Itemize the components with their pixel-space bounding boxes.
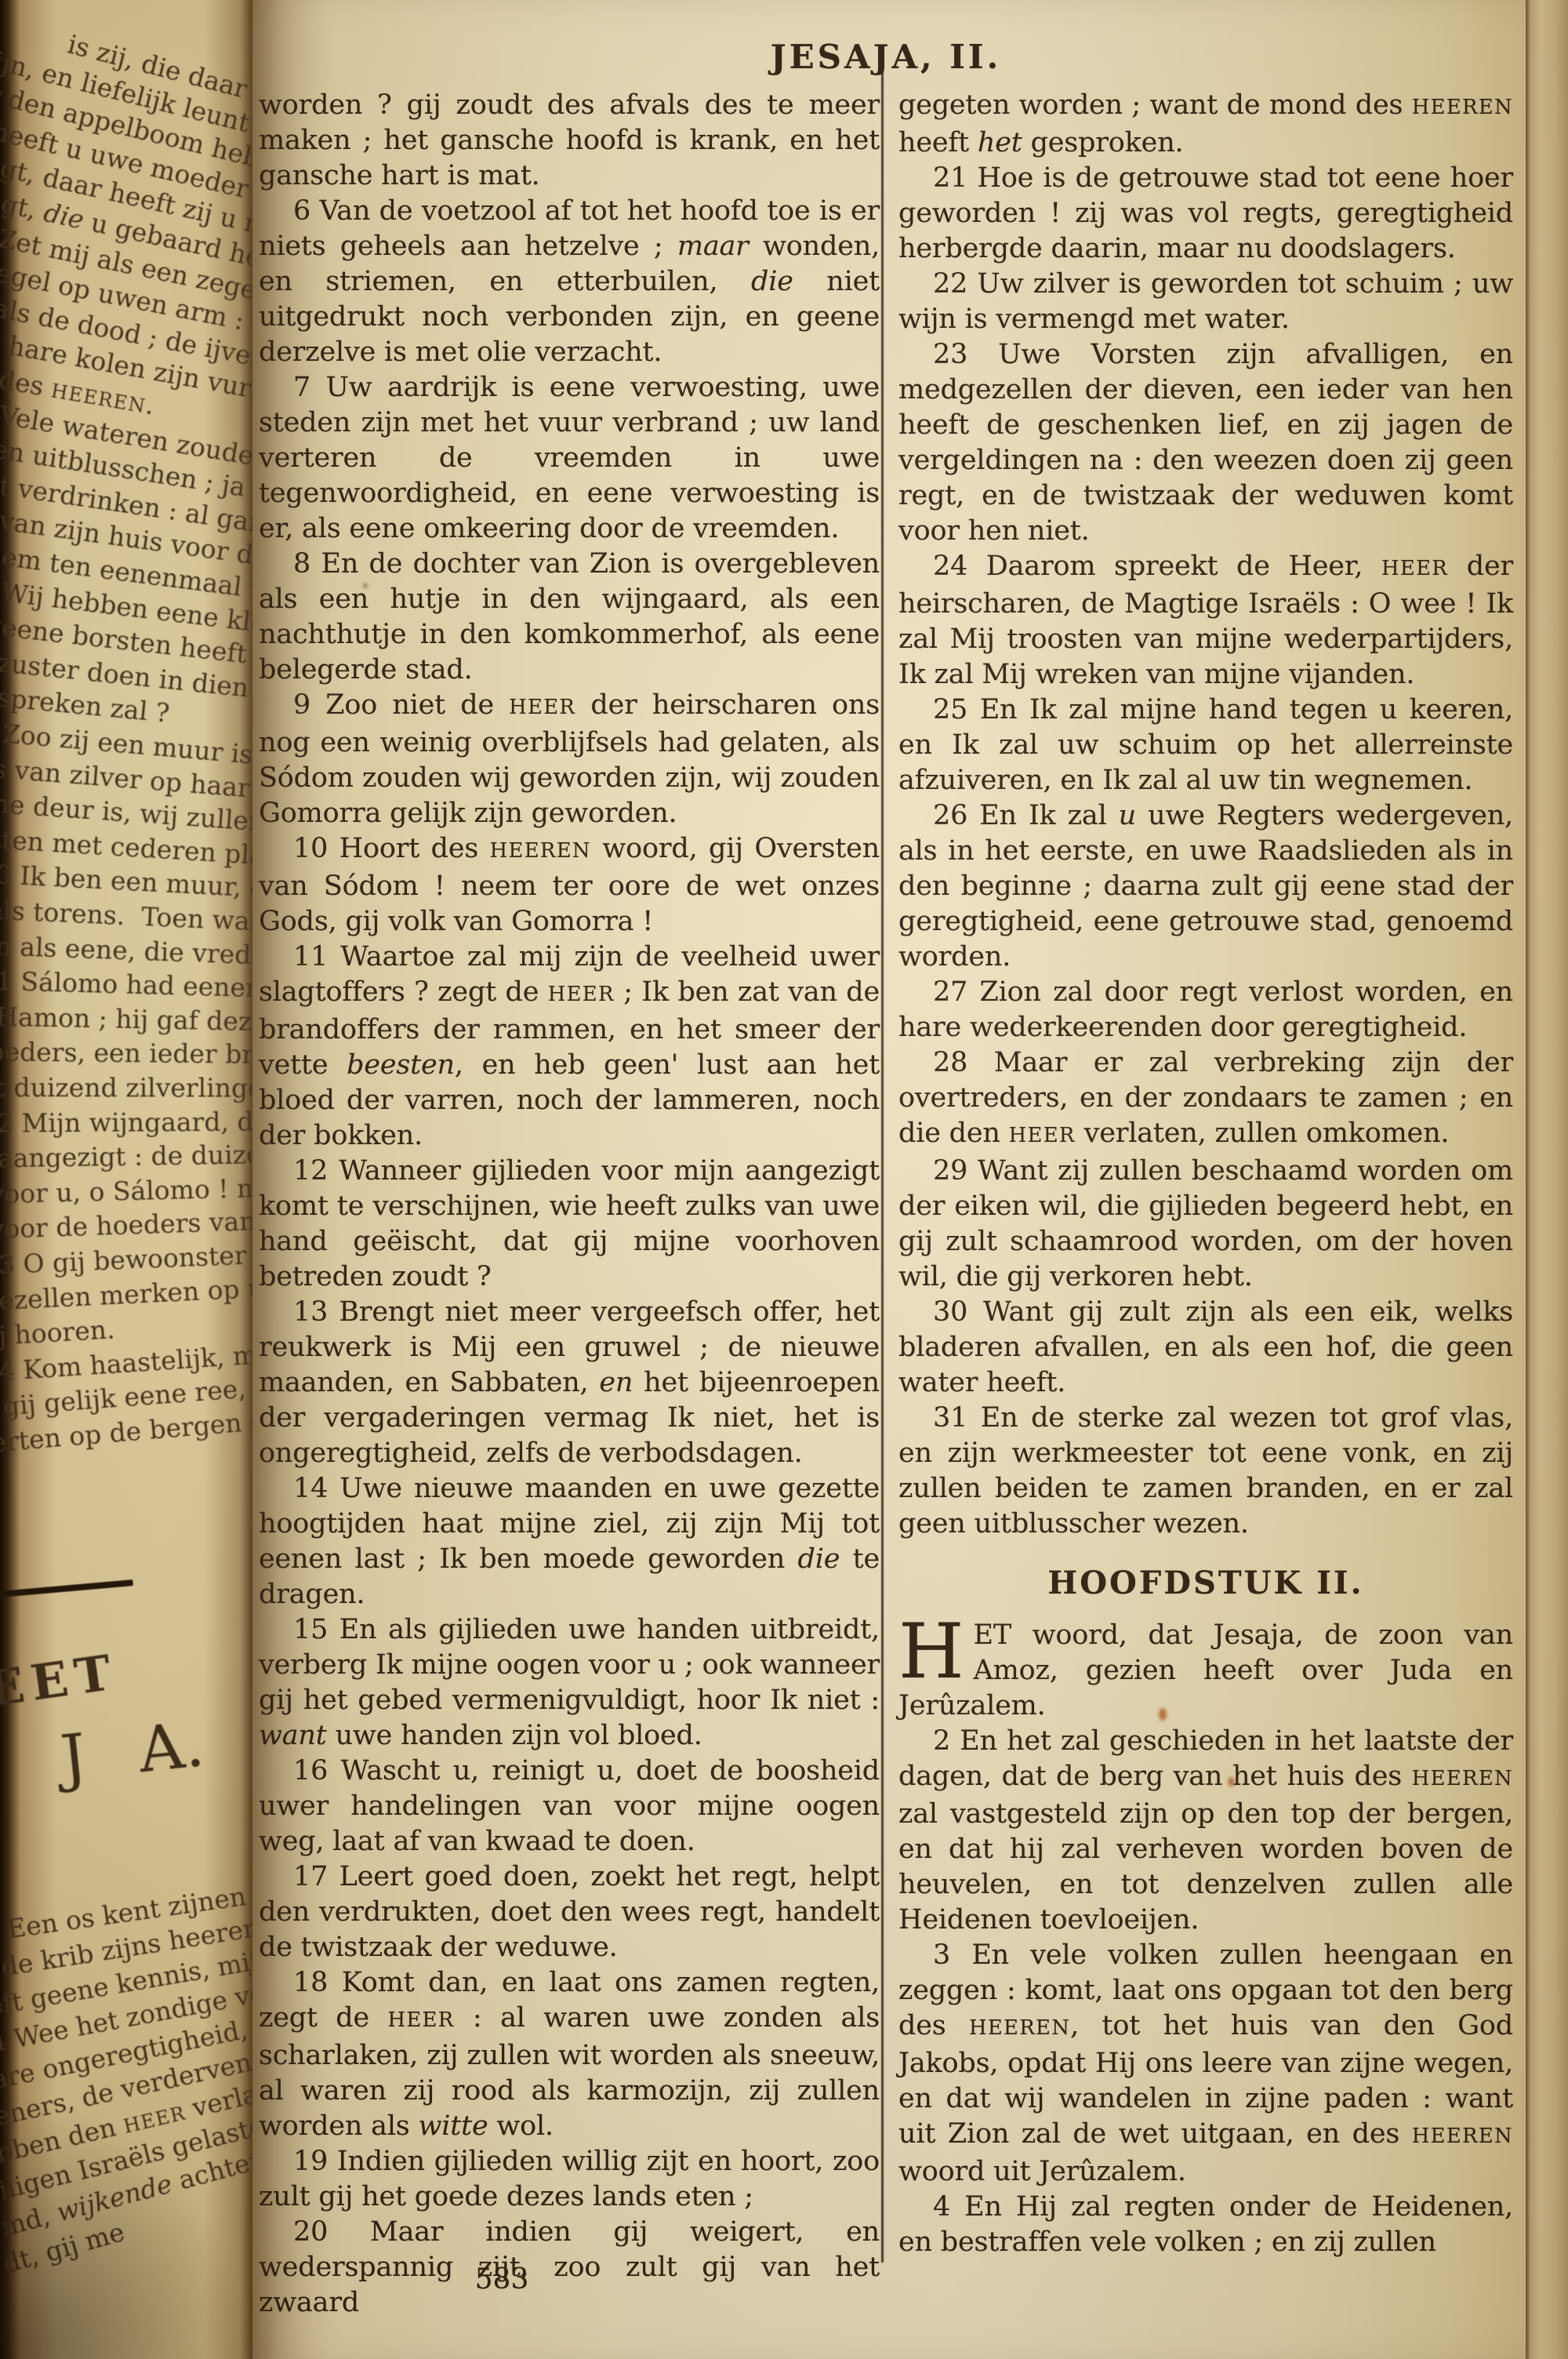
previous-page-text-line: gen als eene, die vrede vindt	[0, 932, 252, 971]
verse: 31 En de sterke zal wezen tot grof vlas,…	[898, 1401, 1513, 1542]
previous-page-text-line: mij hooren.	[0, 1316, 115, 1350]
verse: 18 Komt dan, en laat ons zamen regten, z…	[259, 1965, 880, 2144]
verse: worden ? gij zoudt des afvals des te mee…	[259, 88, 880, 194]
column-divider-rule	[881, 71, 884, 2263]
stain	[363, 583, 368, 588]
previous-page-text-line: 12 Mijn wijngaard, dien ik he	[0, 1107, 252, 1136]
previous-page-curl: EET J A. is zij, die daarestijn, en lief…	[0, 0, 252, 2359]
verse: 11 Waartoe zal mij zijn de veelheid uwer…	[259, 940, 880, 1154]
verse: 8 En de dochter van Zion is overgebleven…	[259, 547, 880, 688]
right-column-verses-after: HET woord, dat Jesaja, de zoon van Amoz,…	[898, 1618, 1513, 2260]
verse: 2 En het zal geschieden in het laatste d…	[898, 1724, 1513, 1938]
verse: 26 En Ik zal u uwe Regters wedergeven, a…	[898, 798, 1513, 975]
verse: 29 Want zij zullen beschaamd worden om d…	[898, 1154, 1513, 1295]
stain	[1228, 1777, 1235, 1787]
running-header: JESAJA, II.	[259, 38, 1513, 76]
previous-page-text-line: n voor u, o Sálomo ! maar twe	[0, 1172, 252, 1208]
verse: 10 Hoort des HEEREN woord, gij Oversten …	[259, 831, 880, 940]
previous-page-text-line: n als torens. Toen was ik	[0, 896, 252, 936]
previous-page-text-line: 11 Sálomo had eenen wijn	[0, 967, 252, 1002]
verse: 21 Hoe is de getrouwe stad tot eene hoer…	[898, 161, 1513, 267]
verse: 4 En Hij zal regten onder de Heidenen, e…	[898, 2190, 1513, 2260]
previous-page-text-line: hoeders, een ieder bragt vo	[0, 1038, 252, 1068]
previous-page-title-fragment: J A.	[57, 1707, 207, 1795]
page-number: 583	[423, 2263, 580, 2295]
verse: 15 En als gijlieden uwe handen uitbreidt…	[259, 1612, 880, 1754]
right-column-verses-before: gegeten worden ; want de mond des HEEREN…	[898, 88, 1513, 1542]
verse: HET woord, dat Jesaja, de zoon van Amoz,…	[898, 1618, 1513, 1724]
right-column: gegeten worden ; want de mond des HEEREN…	[898, 88, 1513, 2260]
verse: 14 Uwe nieuwe maanden en uwe gezette hoo…	[259, 1471, 880, 1612]
drop-cap: H	[898, 1623, 964, 1681]
chapter-heading: HOOFDSTUK II.	[898, 1565, 1513, 1601]
verse: 6 Van de voetzool af tot het hoofd toe i…	[259, 194, 880, 370]
previous-page-text-line: n voor de hoeders van deszel	[0, 1205, 252, 1243]
verse: 28 Maar er zal verbreking zijn der overt…	[898, 1045, 1513, 1154]
verse: 27 Zion zal door regt verlost worden, en…	[898, 975, 1513, 1045]
verse: 19 Indien gijlieden willig zijt en hoort…	[259, 2144, 880, 2215]
left-column: worden ? gij zoudt des afvals des te mee…	[259, 88, 880, 2321]
verse: 23 Uwe Vorsten zijn afvalligen, en medge…	[898, 337, 1513, 549]
verse: 9 Zoo niet de HEER der heirscharen ons n…	[259, 688, 880, 831]
verse: 24 Daarom spreekt de Heer, HEER der heir…	[898, 549, 1513, 692]
verse: 22 Uw zilver is geworden tot schuim ; uw…	[898, 267, 1513, 337]
verse: 3 En vele volken zullen heengaan en zegg…	[898, 1938, 1513, 2190]
previous-page-text-line: cht duizend zilverlingen.	[0, 1074, 252, 1101]
verse: 17 Leert goed doen, zoekt het regt, help…	[259, 1859, 880, 1965]
previous-page-text-line: äl-Hamon ; hij gaf dezen wijn	[0, 1003, 252, 1036]
page-edge	[1526, 0, 1568, 2359]
book-page-photo: EET J A. is zij, die daarestijn, en lief…	[0, 0, 1568, 2359]
verse: 25 En Ik zal mijne hand tegen u keeren, …	[898, 692, 1513, 798]
section-divider-rule	[0, 1579, 133, 1598]
verse: 7 Uw aardrijk is eene verwoesting, uwe s…	[259, 370, 880, 547]
stain	[1159, 1708, 1167, 1721]
verse: 12 Wanneer gijlieden voor mijn aangezigt…	[259, 1154, 880, 1295]
previous-page-text-line: jn aangezigt : de duizend zil	[0, 1140, 252, 1172]
verse: 16 Wascht u, reinigt u, doet de boosheid…	[259, 1754, 880, 1859]
verse: 13 Brengt niet meer vergeefsch offer, he…	[259, 1295, 880, 1471]
previous-page-title-fragment: EET	[0, 1643, 122, 1718]
verse: 30 Want gij zult zijn als een eik, welks…	[898, 1295, 1513, 1401]
previous-page-text-line: 13 O gij bewoonster der ho	[0, 1238, 252, 1279]
verse: gegeten worden ; want de mond des HEEREN…	[898, 88, 1513, 161]
